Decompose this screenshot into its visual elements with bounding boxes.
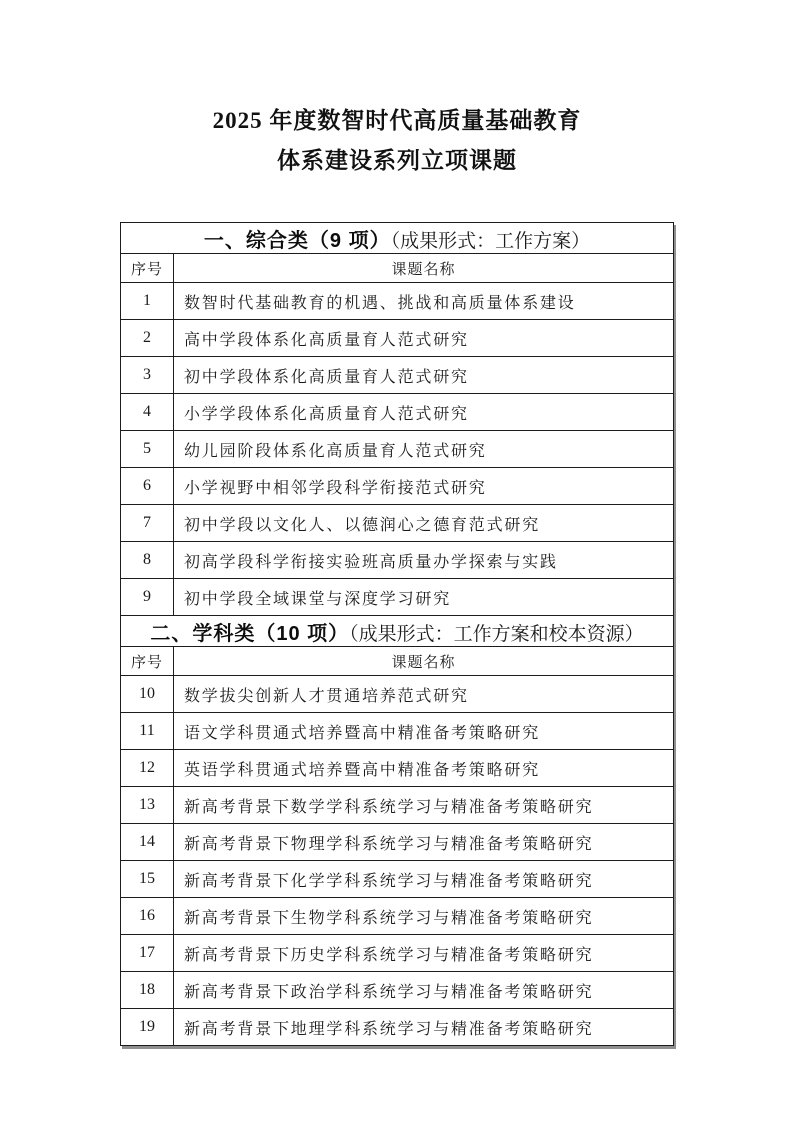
table-row: 16 新高考背景下生物学科系统学习与精准备考策略研究 [121, 898, 674, 935]
row-topic-title: 小学学段体系化高质量育人范式研究 [174, 394, 674, 431]
table-row: 9 初中学段全域课堂与深度学习研究 [121, 579, 674, 616]
project-table: 一、综合类（9 项）（成果形式：工作方案） 序号 课题名称 1 数智时代基础教育… [120, 222, 674, 1046]
table-row: 14 新高考背景下物理学科系统学习与精准备考策略研究 [121, 824, 674, 861]
table-row: 18 新高考背景下政治学科系统学习与精准备考策略研究 [121, 972, 674, 1009]
table-row: 3 初中学段体系化高质量育人范式研究 [121, 357, 674, 394]
column-header-name: 课题名称 [174, 647, 674, 676]
table-row: 6 小学视野中相邻学段科学衔接范式研究 [121, 468, 674, 505]
section-1-header-cell: 一、综合类（9 项）（成果形式：工作方案） [121, 223, 674, 254]
row-number: 11 [121, 713, 174, 750]
document-title-line-1: 2025 年度数智时代高质量基础教育 [0, 101, 794, 141]
row-topic-title: 新高考背景下政治学科系统学习与精准备考策略研究 [174, 972, 674, 1009]
column-header-name: 课题名称 [174, 254, 674, 283]
table-row: 5 幼儿园阶段体系化高质量育人范式研究 [121, 431, 674, 468]
row-number: 10 [121, 676, 174, 713]
row-topic-title: 新高考背景下物理学科系统学习与精准备考策略研究 [174, 824, 674, 861]
table-row: 2 高中学段体系化高质量育人范式研究 [121, 320, 674, 357]
section-2-column-header-row: 序号 课题名称 [121, 647, 674, 676]
table-row: 19 新高考背景下地理学科系统学习与精准备考策略研究 [121, 1009, 674, 1046]
section-1-heading-note: （成果形式：工作方案） [391, 231, 591, 252]
row-topic-title: 数学拔尖创新人才贯通培养范式研究 [174, 676, 674, 713]
row-topic-title: 初高学段科学衔接实验班高质量办学探索与实践 [174, 542, 674, 579]
row-topic-title: 小学视野中相邻学段科学衔接范式研究 [174, 468, 674, 505]
row-topic-title: 新高考背景下数学学科系统学习与精准备考策略研究 [174, 787, 674, 824]
table-row: 7 初中学段以文化人、以德润心之德育范式研究 [121, 505, 674, 542]
row-topic-title: 幼儿园阶段体系化高质量育人范式研究 [174, 431, 674, 468]
row-topic-title: 语文学科贯通式培养暨高中精准备考策略研究 [174, 713, 674, 750]
section-2-header-row: 二、学科类（10 项）（成果形式：工作方案和校本资源） [121, 616, 674, 647]
document-title: 2025 年度数智时代高质量基础教育 体系建设系列立项课题 [0, 0, 794, 181]
row-number: 18 [121, 972, 174, 1009]
row-number: 8 [121, 542, 174, 579]
table-row: 11 语文学科贯通式培养暨高中精准备考策略研究 [121, 713, 674, 750]
row-number: 5 [121, 431, 174, 468]
row-topic-title: 新高考背景下化学学科系统学习与精准备考策略研究 [174, 861, 674, 898]
row-number: 15 [121, 861, 174, 898]
row-number: 2 [121, 320, 174, 357]
row-topic-title: 初中学段体系化高质量育人范式研究 [174, 357, 674, 394]
row-number: 19 [121, 1009, 174, 1046]
table-row: 12 英语学科贯通式培养暨高中精准备考策略研究 [121, 750, 674, 787]
row-topic-title: 高中学段体系化高质量育人范式研究 [174, 320, 674, 357]
row-number: 17 [121, 935, 174, 972]
table-row: 15 新高考背景下化学学科系统学习与精准备考策略研究 [121, 861, 674, 898]
table-row: 1 数智时代基础教育的机遇、挑战和高质量体系建设 [121, 283, 674, 320]
row-topic-title: 数智时代基础教育的机遇、挑战和高质量体系建设 [174, 283, 674, 320]
table-row: 10 数学拔尖创新人才贯通培养范式研究 [121, 676, 674, 713]
section-1-column-header-row: 序号 课题名称 [121, 254, 674, 283]
row-number: 4 [121, 394, 174, 431]
row-number: 9 [121, 579, 174, 616]
row-number: 1 [121, 283, 174, 320]
document-page: 2025 年度数智时代高质量基础教育 体系建设系列立项课题 一、综合类（9 项）… [0, 0, 794, 1123]
row-number: 16 [121, 898, 174, 935]
section-2-heading-note: （成果形式：工作方案和校本资源） [349, 624, 644, 645]
row-number: 3 [121, 357, 174, 394]
table-row: 17 新高考背景下历史学科系统学习与精准备考策略研究 [121, 935, 674, 972]
table-row: 4 小学学段体系化高质量育人范式研究 [121, 394, 674, 431]
row-number: 13 [121, 787, 174, 824]
section-2-heading: 二、学科类（10 项） [150, 623, 349, 645]
row-number: 6 [121, 468, 174, 505]
table-row: 8 初高学段科学衔接实验班高质量办学探索与实践 [121, 542, 674, 579]
row-topic-title: 初中学段以文化人、以德润心之德育范式研究 [174, 505, 674, 542]
section-1-header-row: 一、综合类（9 项）（成果形式：工作方案） [121, 223, 674, 254]
row-topic-title: 新高考背景下历史学科系统学习与精准备考策略研究 [174, 935, 674, 972]
section-2-header-cell: 二、学科类（10 项）（成果形式：工作方案和校本资源） [121, 616, 674, 647]
section-1-heading: 一、综合类（9 项） [204, 230, 391, 252]
document-title-line-2: 体系建设系列立项课题 [0, 141, 794, 181]
row-topic-title: 新高考背景下地理学科系统学习与精准备考策略研究 [174, 1009, 674, 1046]
column-header-index: 序号 [121, 254, 174, 283]
row-topic-title: 初中学段全域课堂与深度学习研究 [174, 579, 674, 616]
row-number: 14 [121, 824, 174, 861]
row-topic-title: 新高考背景下生物学科系统学习与精准备考策略研究 [174, 898, 674, 935]
column-header-index: 序号 [121, 647, 174, 676]
row-topic-title: 英语学科贯通式培养暨高中精准备考策略研究 [174, 750, 674, 787]
row-number: 12 [121, 750, 174, 787]
row-number: 7 [121, 505, 174, 542]
table-row: 13 新高考背景下数学学科系统学习与精准备考策略研究 [121, 787, 674, 824]
